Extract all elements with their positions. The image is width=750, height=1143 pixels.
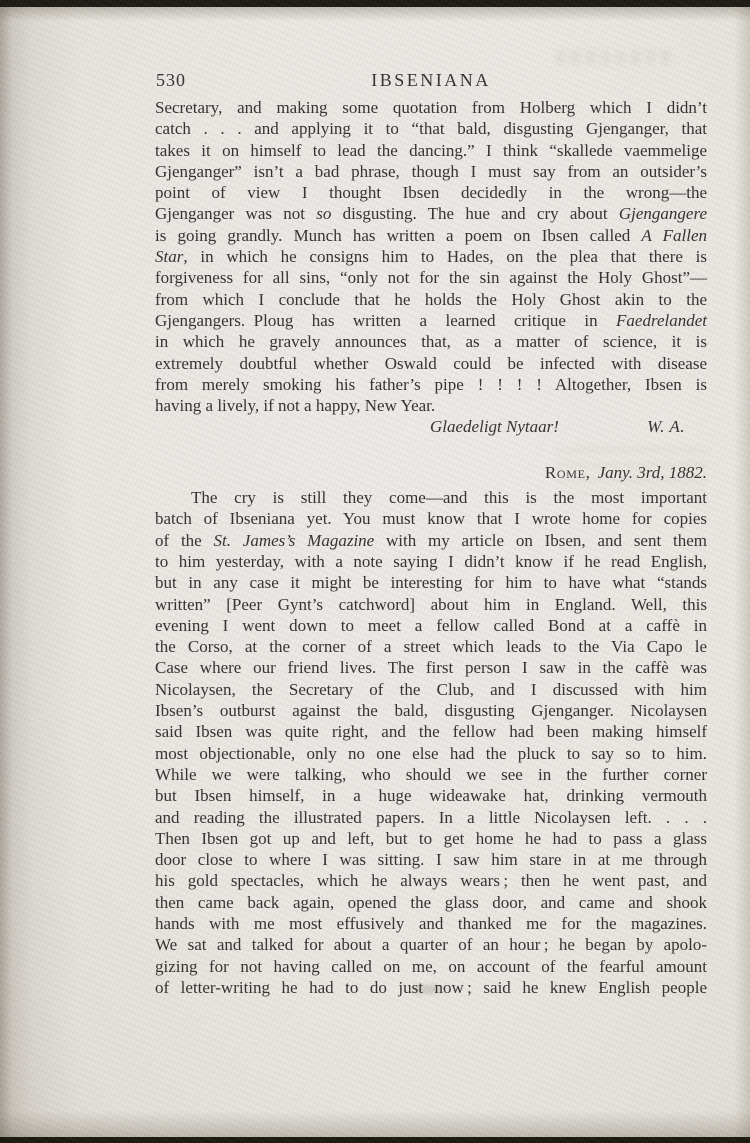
text-line: hands with me most effusively and thanke…	[155, 913, 707, 934]
gutter-shadow	[0, 0, 80, 1143]
text-line: said Ibsen was quite right, and the fell…	[155, 721, 707, 742]
scan-edge-top	[0, 0, 750, 7]
text-column: 530 IBSENIANA Secretary, and making some…	[155, 70, 707, 998]
text-line: in which he gravely announces that, as a…	[155, 331, 707, 352]
text-line: evening I went down to meet a fellow cal…	[155, 615, 707, 636]
text-line: point of view I thought Ibsen decidedly …	[155, 182, 707, 203]
text-line: but in any case it might be interesting …	[155, 572, 707, 593]
text-line: Star, in which he consigns him to Hades,…	[155, 246, 707, 267]
text-line: Case where our friend lives. The first p…	[155, 657, 707, 678]
text-line: catch . . . and applying it to “that bal…	[155, 118, 707, 139]
text-line: Gjengangers. Ploug has written a learned…	[155, 310, 707, 331]
valediction: Glaedeligt Nytaar!	[430, 416, 559, 437]
dateline: Rome,Jany. 3rd, 1882.	[155, 462, 707, 483]
text-line: batch of Ibseniana yet. You must know th…	[155, 508, 707, 529]
dateline-date: Jany. 3rd, 1882.	[598, 463, 707, 482]
page-header-title: IBSENIANA	[371, 70, 491, 91]
text-line: of letter-writing he had to do just now …	[155, 977, 707, 998]
text-line: most objectionable, only no one else had…	[155, 743, 707, 764]
text-line: extremely doubtful whether Oswald could …	[155, 353, 707, 374]
text-line: gizing for not having called on me, on a…	[155, 956, 707, 977]
text-line: then came back again, opened the glass d…	[155, 892, 707, 913]
paragraph-letter-2: The cry is still they come—and this is t…	[155, 487, 707, 998]
text-line: Secretary, and making some quotation fro…	[155, 97, 707, 118]
text-line: Ibsen’s outburst against the bald, disgu…	[155, 700, 707, 721]
dateline-place: Rome,	[545, 463, 591, 482]
paper-background: 530 IBSENIANA Secretary, and making some…	[0, 0, 750, 1143]
scan-edge-top-fade	[0, 7, 750, 21]
text-line: to him yesterday, with a note saying I d…	[155, 551, 707, 572]
scan-edge-bottom-fade	[0, 1111, 750, 1137]
text-line: takes it on himself to lead the dancing.…	[155, 140, 707, 161]
text-line: The cry is still they come—and this is t…	[155, 487, 707, 508]
running-head: 530 IBSENIANA	[155, 70, 707, 97]
text-line: Nicolaysen, the Secretary of the Club, a…	[155, 679, 707, 700]
page-number: 530	[156, 70, 186, 91]
text-line: from which I conclude that he holds the …	[155, 289, 707, 310]
page-edge-shadow	[734, 0, 750, 1143]
paragraph-letter-1: Secretary, and making some quotation fro…	[155, 97, 707, 416]
text-line: from merely smoking his father’s pipe ! …	[155, 374, 707, 395]
text-line: his gold spectacles, which he always wea…	[155, 870, 707, 891]
text-line: door close to where I was sitting. I saw…	[155, 849, 707, 870]
text-line: While we were talking, who should we see…	[155, 764, 707, 785]
text-line: having a lively, if not a happy, New Yea…	[155, 395, 707, 416]
text-line: and reading the illustrated papers. In a…	[155, 807, 707, 828]
text-line: of the St. James’s Magazine with my arti…	[155, 530, 707, 551]
book-page-scan: { "page": { "number": "530", "title": "I…	[0, 0, 750, 1143]
text-line: the Corso, at the corner of a street whi…	[155, 636, 707, 657]
text-line: written” [Peer Gynt’s catchword] about h…	[155, 594, 707, 615]
text-line: is going grandly. Munch has written a po…	[155, 225, 707, 246]
letter-closing-row: Glaedeligt Nytaar! W. A.	[155, 416, 707, 437]
text-line: We sat and talked for about a quarter of…	[155, 934, 707, 955]
bleedthrough-smudge	[556, 50, 674, 65]
signature-initials: W. A.	[647, 416, 685, 437]
text-line: forgiveness for all sins, “only not for …	[155, 267, 707, 288]
text-line: Gjenganger” isn’t a bad phrase, though I…	[155, 161, 707, 182]
text-line: Then Ibsen got up and left, but to get h…	[155, 828, 707, 849]
scan-edge-bottom	[0, 1137, 750, 1143]
text-line: but Ibsen himself, in a huge wideawake h…	[155, 785, 707, 806]
text-line: Gjenganger was not so disgusting. The hu…	[155, 203, 707, 224]
